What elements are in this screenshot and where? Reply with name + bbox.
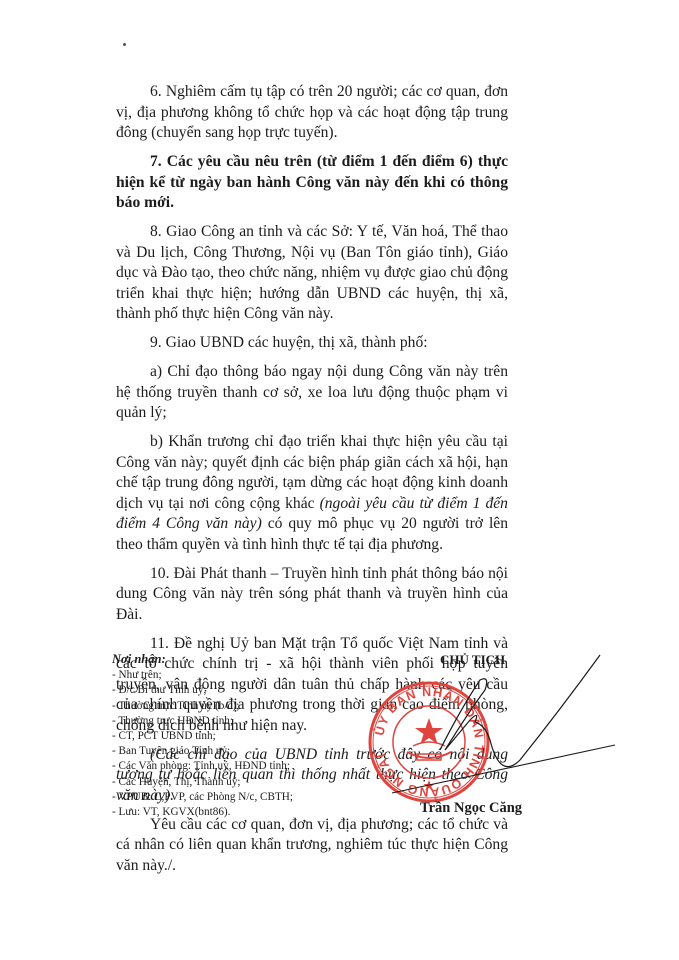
recipient-item: - Ban Tuyên giáo Tỉnh uỷ; xyxy=(112,744,332,759)
recipient-item: - Các Văn phòng: Tỉnh uỷ, HĐND tỉnh; xyxy=(112,759,332,774)
recipient-item: - Thường trực Tỉnh ủy (b/c); xyxy=(112,699,332,714)
paragraph-9b: b) Khẩn trương chỉ đạo triển khai thực h… xyxy=(116,432,508,555)
paragraph-9: 9. Giao UBND các huyện, thị xã, thành ph… xyxy=(116,333,508,354)
recipient-item: - Các Huyện, Thị, Thành uỷ; xyxy=(112,775,332,790)
paragraph-8: 8. Giao Công an tỉnh và các Sở: Y tế, Vă… xyxy=(116,222,508,325)
recipient-item: - Như trên; xyxy=(112,668,332,683)
paragraph-9a: a) Chỉ đạo thông báo ngay nội dung Công … xyxy=(116,362,508,424)
paragraph-6: 6. Nghiêm cấm tụ tập có trên 20 người; c… xyxy=(116,82,508,144)
paragraph-10: 10. Đài Phát thanh – Truyền hình tỉnh ph… xyxy=(116,564,508,626)
recipients-title: Nơi nhận: xyxy=(112,652,332,667)
recipients-block: Nơi nhận: - Như trên; - Đ/c Bí thư Tỉnh … xyxy=(112,652,332,820)
recipient-item: - Thường trực HĐND tỉnh; xyxy=(112,714,332,729)
recipient-item: - VPUB: C,PVP, các Phòng N/c, CBTH; xyxy=(112,790,332,805)
scan-speck xyxy=(123,43,126,46)
recipient-item: - Lưu: VT, KGVX(bnt86). xyxy=(112,805,332,820)
paragraph-7: 7. Các yêu cầu nêu trên (từ điểm 1 đến đ… xyxy=(116,152,508,214)
recipient-item: - CT, PCT UBND tỉnh; xyxy=(112,729,332,744)
recipient-item: - Đ/c Bí thư Tỉnh uỷ; xyxy=(112,683,332,698)
signer-name: Trần Ngọc Căng xyxy=(420,800,522,817)
